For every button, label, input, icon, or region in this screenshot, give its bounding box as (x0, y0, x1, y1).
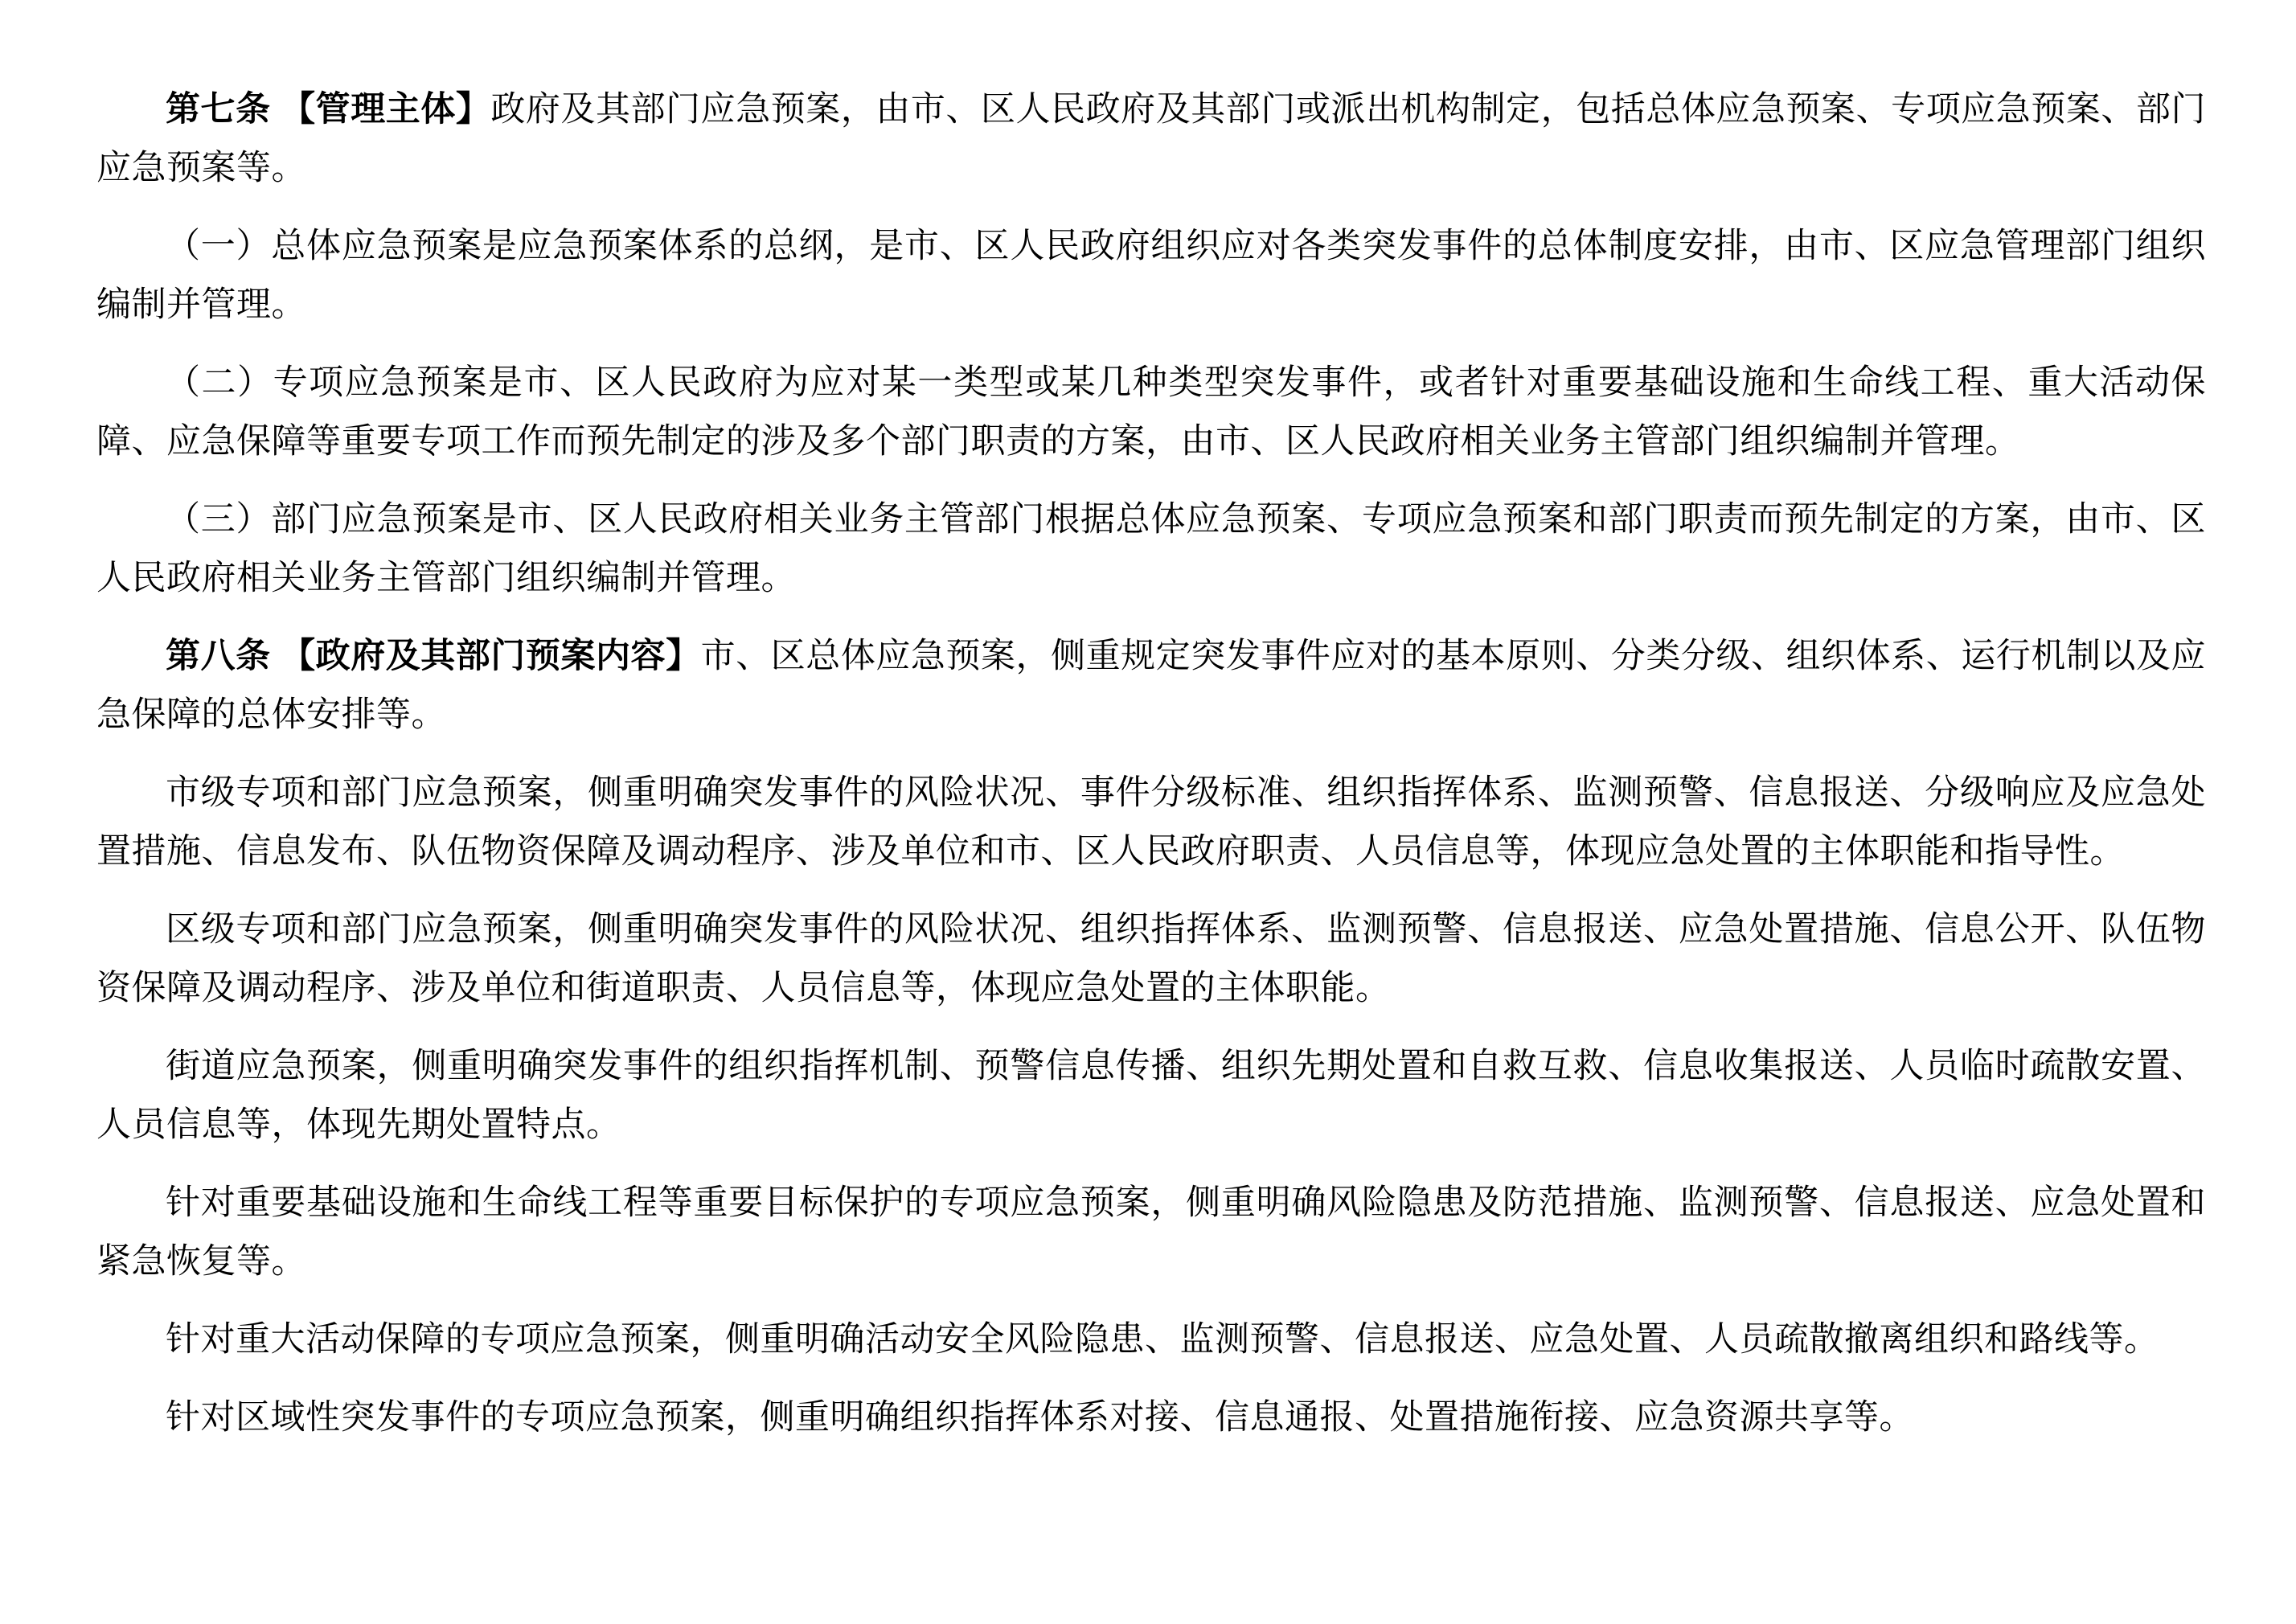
paragraph: （二）专项应急预案是市、区人民政府为应对某一类型或某几种类型突发事件，或者针对重… (96, 354, 2206, 471)
paragraph: 街道应急预案，侧重明确突发事件的组织指挥机制、预警信息传播、组织先期处置和自救互… (96, 1037, 2206, 1154)
paragraph: （一）总体应急预案是应急预案体系的总纲，是市、区人民政府组织应对各类突发事件的总… (96, 217, 2206, 334)
paragraph: 市级专项和部门应急预案，侧重明确突发事件的风险状况、事件分级标准、组织指挥体系、… (96, 764, 2206, 881)
paragraph: 针对重要基础设施和生命线工程等重要目标保护的专项应急预案，侧重明确风险隐患及防范… (96, 1174, 2206, 1291)
paragraph: （三）部门应急预案是市、区人民政府相关业务主管部门根据总体应急预案、专项应急预案… (96, 490, 2206, 608)
article-heading-label: 第八条 【政府及其部门预案内容】 (166, 637, 701, 675)
paragraph: 第七条 【管理主体】政府及其部门应急预案，由市、区人民政府及其部门或派出机构制定… (96, 80, 2206, 198)
article-heading-label: 第七条 【管理主体】 (166, 90, 490, 129)
document-body: 第七条 【管理主体】政府及其部门应急预案，由市、区人民政府及其部门或派出机构制定… (96, 80, 2206, 1447)
paragraph: 第八条 【政府及其部门预案内容】市、区总体应急预案，侧重规定突发事件应对的基本原… (96, 627, 2206, 744)
paragraph: 针对重大活动保障的专项应急预案，侧重明确活动安全风险隐患、监测预警、信息报送、应… (96, 1310, 2206, 1369)
paragraph: 区级专项和部门应急预案，侧重明确突发事件的风险状况、组织指挥体系、监测预警、信息… (96, 900, 2206, 1018)
document-page: 第七条 【管理主体】政府及其部门应急预案，由市、区人民政府及其部门或派出机构制定… (96, 80, 2206, 1447)
paragraph: 针对区域性突发事件的专项应急预案，侧重明确组织指挥体系对接、信息通报、处置措施衔… (96, 1388, 2206, 1447)
